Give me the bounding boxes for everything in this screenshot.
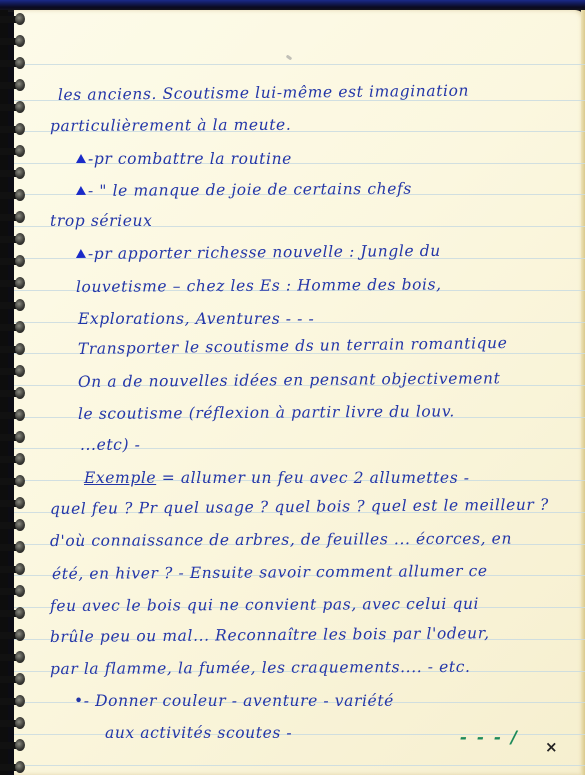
spiral-coil <box>0 320 28 334</box>
spiral-coil <box>0 584 28 598</box>
handwritten-line: d'où connaissance de arbres, de feuilles… <box>50 530 512 550</box>
spiral-coil <box>0 210 28 224</box>
bulleted-line: - " le manque de joie de certains chefs <box>76 180 412 200</box>
spiral-coil <box>0 122 28 136</box>
spiral-coil <box>0 760 28 774</box>
spiral-coil <box>0 518 28 532</box>
spiral-coil <box>0 408 28 422</box>
handwritten-line: Explorations, Aventures - - - <box>78 310 314 328</box>
triangle-bullet-icon <box>76 154 86 163</box>
page-right-edge <box>581 10 585 775</box>
spiral-coil <box>0 430 28 444</box>
spiral-coil <box>0 56 28 70</box>
handwritten-line: été, en hiver ? - Ensuite savoir comment… <box>52 562 488 583</box>
handwritten-line: par la flamme, la fumée, les craquements… <box>50 658 471 678</box>
spiral-coil <box>0 716 28 730</box>
end-of-section-mark: - - - / <box>460 728 519 748</box>
spiral-coil <box>0 606 28 620</box>
spiral-coil <box>0 452 28 466</box>
spiral-coil <box>0 386 28 400</box>
dot-bullet-icon: • <box>74 692 84 710</box>
handwritten-line: aux activités scoutes - <box>105 724 292 742</box>
handwritten-line: trop sérieux <box>50 212 152 230</box>
ruled-line <box>14 64 585 65</box>
spiral-coil <box>0 474 28 488</box>
spiral-coil <box>0 166 28 180</box>
handwritten-line: louvetisme – chez les Es : Homme des boi… <box>76 275 442 296</box>
spiral-coil <box>0 540 28 554</box>
handwritten-line: Exemple = allumer un feu avec 2 allumett… <box>84 469 470 487</box>
spiral-coil <box>0 188 28 202</box>
handwritten-line: On a de nouvelles idées en pensant objec… <box>78 369 501 391</box>
spiral-coil <box>0 672 28 686</box>
spiral-coil <box>0 12 28 26</box>
handwritten-line: ...etc) - <box>80 436 140 454</box>
spiral-coil <box>0 144 28 158</box>
spiral-coil <box>0 298 28 312</box>
spiral-coil <box>0 694 28 708</box>
bulleted-line: -pr combattre la routine <box>76 150 292 168</box>
spiral-coil <box>0 100 28 114</box>
spiral-coil <box>0 562 28 576</box>
spiral-coil <box>0 232 28 246</box>
spiral-coil <box>0 364 28 378</box>
spiral-coil <box>0 34 28 48</box>
underlined-heading: Exemple <box>84 469 156 487</box>
spiral-binding <box>0 10 30 775</box>
bulleted-line: •- Donner couleur - aventure - variété <box>74 692 394 710</box>
spiral-coil <box>0 650 28 664</box>
spiral-coil <box>0 254 28 268</box>
handwritten-line: brûle peu ou mal... Reconnaître les bois… <box>50 624 490 646</box>
ink-smudge <box>286 55 293 61</box>
ruled-line <box>14 765 585 766</box>
spiral-coil <box>0 78 28 92</box>
spiral-coil <box>0 738 28 752</box>
handwritten-line: feu avec le bois qui ne convient pas, av… <box>50 595 479 615</box>
cross-mark: × <box>545 738 558 756</box>
bulleted-line: -pr apporter richesse nouvelle : Jungle … <box>76 242 441 263</box>
handwritten-line: le scoutisme (réflexion à partir livre d… <box>78 402 455 423</box>
spiral-coil <box>0 276 28 290</box>
handwritten-line: particulièrement à la meute. <box>50 116 291 135</box>
triangle-bullet-icon <box>76 249 86 258</box>
spiral-coil <box>0 342 28 356</box>
spiral-coil <box>0 628 28 642</box>
spiral-coil <box>0 496 28 510</box>
triangle-bullet-icon <box>76 186 86 195</box>
